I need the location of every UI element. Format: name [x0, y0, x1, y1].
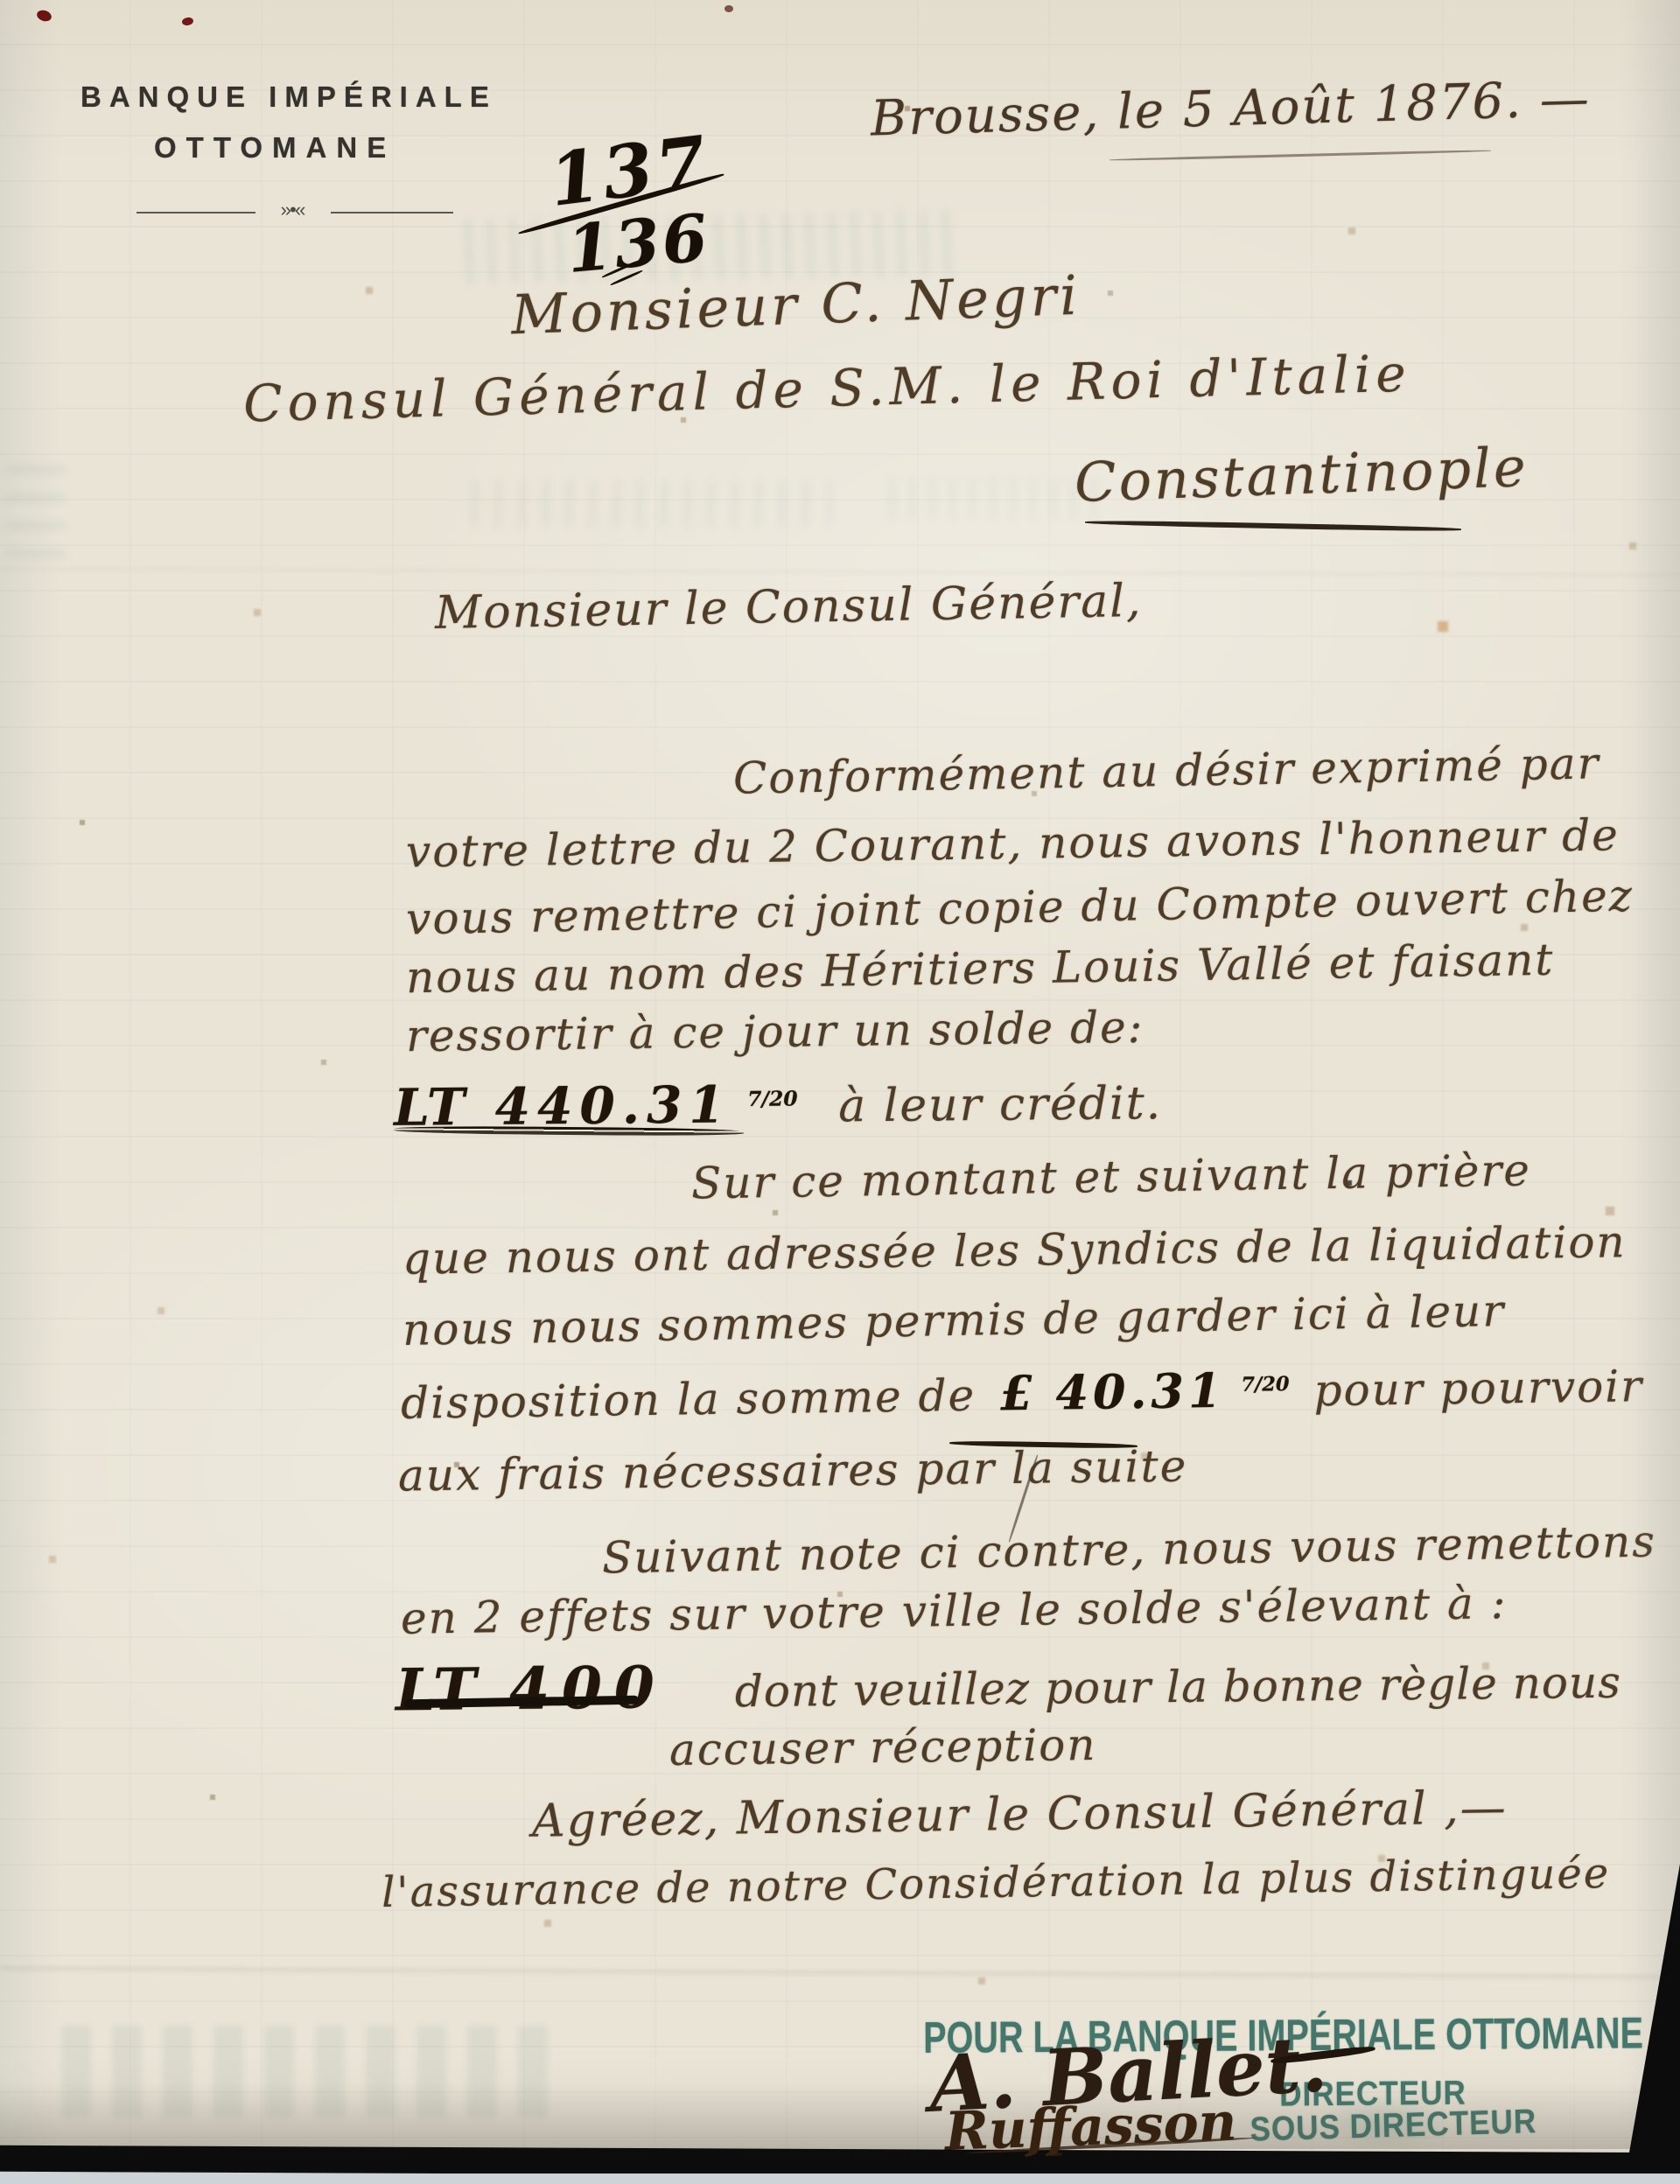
amount2-fraction: 7/20 [1241, 1373, 1290, 1396]
scanner-bed-strip [0, 2173, 1680, 2184]
para2-line4-prefix: disposition la somme de [401, 1370, 976, 1429]
letterhead-flourish: ››•‹‹ [136, 201, 451, 224]
para2-line4-suffix: pour pourvoir [1313, 1361, 1643, 1416]
foxing-spots [0, 0, 3, 3]
body-line: ressortir à ce jour un solde de: [406, 1002, 1144, 1061]
flourish-arrow-icon: ››•‹‹ [252, 199, 332, 221]
amount3-currency: LT [395, 1655, 479, 1724]
amount1-suffix: à leur crédit. [838, 1077, 1162, 1132]
paper-bottom-shadow [0, 2082, 1680, 2149]
sous-director-signature-dots [1048, 2152, 1062, 2156]
amount1-fraction: 7/20 [747, 1086, 798, 1110]
amount3-value: 400 [509, 1653, 668, 1723]
body-line: aux frais nécessaires par la suite [398, 1440, 1188, 1501]
folio-denominator: 136 [564, 200, 713, 288]
amount2-currency: £ [1000, 1365, 1035, 1422]
amount2-value: 40.31 [1055, 1362, 1226, 1421]
paper-right-shade [1619, 0, 1680, 2152]
body-line: accuser réception [669, 1719, 1097, 1775]
letterhead-line1: BANQUE IMPÉRIALE [80, 80, 497, 114]
para3-line3-suffix: dont veuillez pour la bonne règle nous [735, 1657, 1622, 1718]
letterhead-line2: OTTOMANE [154, 131, 395, 164]
red-ink-speck-3 [724, 5, 733, 12]
amount-line-remit: LT 400 dont veuillez pour la bonne règle… [395, 1643, 1622, 1725]
